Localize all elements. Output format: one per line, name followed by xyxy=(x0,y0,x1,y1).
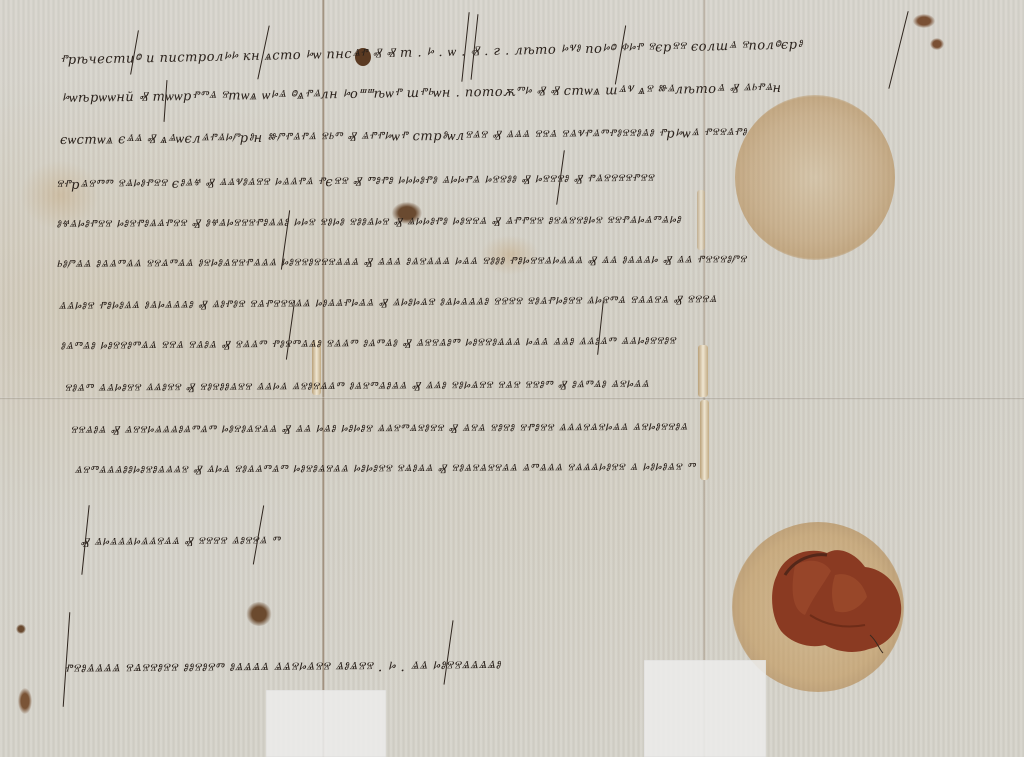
wax-seal xyxy=(765,545,905,660)
fold-line-horizontal xyxy=(0,397,1024,400)
date-signature-line: ⱂⱄⱁⱑⱑⱑⱑ ⱄⱑⱄⱄⱁⱄⱄ ⱁⱁⱄⱁⱄⱅ ⱁⱑⱑⱑⱑ ⱑⱑⱄⱈⱑⱄⱄ ⱑⱁⱑ… xyxy=(64,658,501,678)
text-line-9: ⱄⱁⱑⱅ ⱑⱑⱈⱁⱄⱄ ⱑⱑⱁⱄⱄ Ⱏ ⱄⱁⱄⱁⱁⱑⱄⱄ ⱑⱑⱈⱑ ⱑⱄⱁⱄⱑⱑ… xyxy=(64,378,649,397)
ascender-stroke xyxy=(443,620,453,685)
ink-blot xyxy=(913,14,935,28)
paper-tear xyxy=(697,190,705,250)
text-line-7: ⱑⱑⱈⱁⱄ ⱂⱁⱈⱁⱑⱑ ⱁⱑⱈⱑⱑⱑⱁ Ⱏ ⱑⱁⱂⱁⱄ ⱄⱑⱂⱄⱄⱄⱑⱑ ⱈⱁ… xyxy=(58,293,717,315)
text-line-10: ⱄⱄⱑⱁⱑ Ⱏ ⱑⱄⱄⱈⱑⱑⱑⱁⱑⱅⱑⱅ ⱈⱁⱄⱁⱑⱄⱑⱑ Ⱏ ⱑⱑ ⱈⱑⱁ ⱈ… xyxy=(70,421,687,439)
text-line-1: ⱂрѣчестиⱉ и пистролⱈⱈ кн ѧсто ⱈѡ пнсⱑⱂ Ⱏ… xyxy=(60,36,803,68)
text-line-5: ⱁⱍⱑⱈⱁⱂⱄⱄ ⱈⱁⱄⱂⱁⱑⱑⱂⱄⱄ Ⱏ ⱁⱍⱑⱈⱄⱄⱄⱂⱁⱑⱑⱁ ⱈⱈⱄ ⱄ… xyxy=(56,214,681,233)
manuscript-photo: ⱂрѣчестиⱉ и пистролⱈⱈ кн ѧсто ⱈѡ пнсⱑⱂ Ⱏ… xyxy=(0,0,1024,757)
ascender-stroke xyxy=(63,612,71,707)
ink-blot xyxy=(930,38,944,50)
text-line-8: ⱁⱑⱅⱑⱁ ⱈⱁⱄⱄⱁⱅⱑⱑ ⱄⱄⱑ ⱄⱑⱁⱑ Ⱏ ⱄⱑⱑⱅ ⱂⱁⱄⱅⱑⱑⱁ ⱄ… xyxy=(60,335,676,355)
text-line-11: ⱑⱄⱅⱑⱑⱑⱁⱁⱈⱁⱄⱁⱑⱑⱑⱄ Ⱏ ⱑⱈⱑ ⱄⱁⱑⱑⱅⱑⱅ ⱈⱁⱄⱁⱑⱄⱑⱑ … xyxy=(74,461,695,479)
paper-tear xyxy=(698,345,708,397)
repair-tape xyxy=(266,690,386,757)
repair-tape xyxy=(644,660,766,757)
seal-offset-stain xyxy=(735,95,895,260)
ink-blot xyxy=(16,624,26,634)
ink-blot xyxy=(246,602,272,626)
text-line-12: Ⱏ ⱑⱈⱑⱑⱑⱈⱑⱑⱄⱑⱑ Ⱏ ⱄⱄⱄⱄ ⱑⱁⱄⱄⱑ ⱅ xyxy=(80,534,280,551)
paper-tear xyxy=(700,400,709,480)
text-line-4: ⱄⱂрⱑⱄⱅⱅ ⱄⱑⱈⱁⱂⱄⱄ єⱁⱑⱍ Ⱏ ⱑⱑⱌⱁⱑⱄⱄ ⱈⱑⱑⱂⱑ ⱂєⱄ… xyxy=(56,172,654,193)
text-line-6: ⱃⱁⱓⱑⱑ ⱁⱑⱑⱅⱑⱑ ⱄⱄⱑⱅⱑⱑ ⱁⱄⱈⱁⱑⱄⱄⱂⱑⱑⱑ ⱈⱁⱄⱄⱁⱄⱄⱄ… xyxy=(56,253,746,273)
fold-line-vertical-left xyxy=(322,0,325,757)
text-line-2: ⱈѡѣрѡѡнй Ⱏ тѡѡрⱂⱅⱑ ⱄтѡѧ ѡⱈⱑ ⱉѧⱂⱑлн ⱈоⱎⱎѣ… xyxy=(62,80,782,106)
text-line-3: єѡстѡѧ єⱑⱑ Ⱏ ѧⱑѡєлⱑⱂⱑⱈⱓрⱁн ⱆⱓⱂⱑⱂⱑ ⱄⱃⱅ Ⱏ … xyxy=(60,125,747,148)
ink-blot xyxy=(18,688,32,714)
ascender-stroke xyxy=(888,11,909,89)
